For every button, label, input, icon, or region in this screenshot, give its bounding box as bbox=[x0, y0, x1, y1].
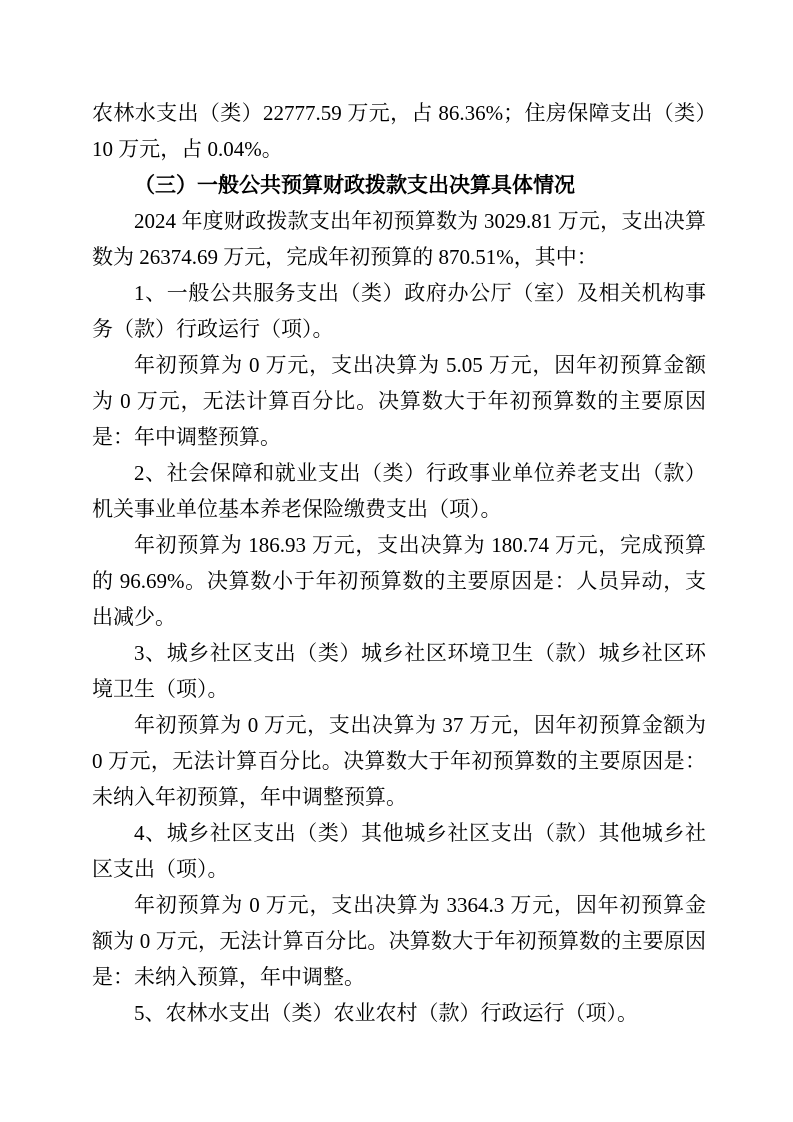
paragraph-item-1-title: 1、一般公共服务支出（类）政府办公厅（室）及相关机构事务（款）行政运行（项）。 bbox=[92, 275, 706, 347]
paragraph-item-1-detail: 年初预算为 0 万元，支出决算为 5.05 万元，因年初预算金额为 0 万元，无… bbox=[92, 347, 706, 455]
paragraph-item-4-title: 4、城乡社区支出（类）其他城乡社区支出（款）其他城乡社区支出（项）。 bbox=[92, 815, 706, 887]
paragraph-item-2-title: 2、社会保障和就业支出（类）行政事业单位养老支出（款）机关事业单位基本养老保险缴… bbox=[92, 455, 706, 527]
section-heading: （三）一般公共预算财政拨款支出决算具体情况 bbox=[92, 167, 706, 203]
document-page: 农林水支出（类）22777.59 万元，占 86.36%；住房保障支出（类）10… bbox=[0, 0, 793, 1122]
paragraph-expenditure-breakdown-continuation: 农林水支出（类）22777.59 万元，占 86.36%；住房保障支出（类）10… bbox=[92, 95, 706, 167]
paragraph-annual-budget-summary: 2024 年度财政拨款支出年初预算数为 3029.81 万元，支出决算数为 26… bbox=[92, 203, 706, 275]
paragraph-item-5-title: 5、农林水支出（类）农业农村（款）行政运行（项）。 bbox=[92, 995, 706, 1031]
paragraph-item-2-detail: 年初预算为 186.93 万元，支出决算为 180.74 万元，完成预算的 96… bbox=[92, 527, 706, 635]
paragraph-item-3-title: 3、城乡社区支出（类）城乡社区环境卫生（款）城乡社区环境卫生（项）。 bbox=[92, 635, 706, 707]
page-content: 农林水支出（类）22777.59 万元，占 86.36%；住房保障支出（类）10… bbox=[92, 95, 706, 1031]
paragraph-item-4-detail: 年初预算为 0 万元，支出决算为 3364.3 万元，因年初预算金额为 0 万元… bbox=[92, 887, 706, 995]
paragraph-item-3-detail: 年初预算为 0 万元，支出决算为 37 万元，因年初预算金额为 0 万元，无法计… bbox=[92, 707, 706, 815]
